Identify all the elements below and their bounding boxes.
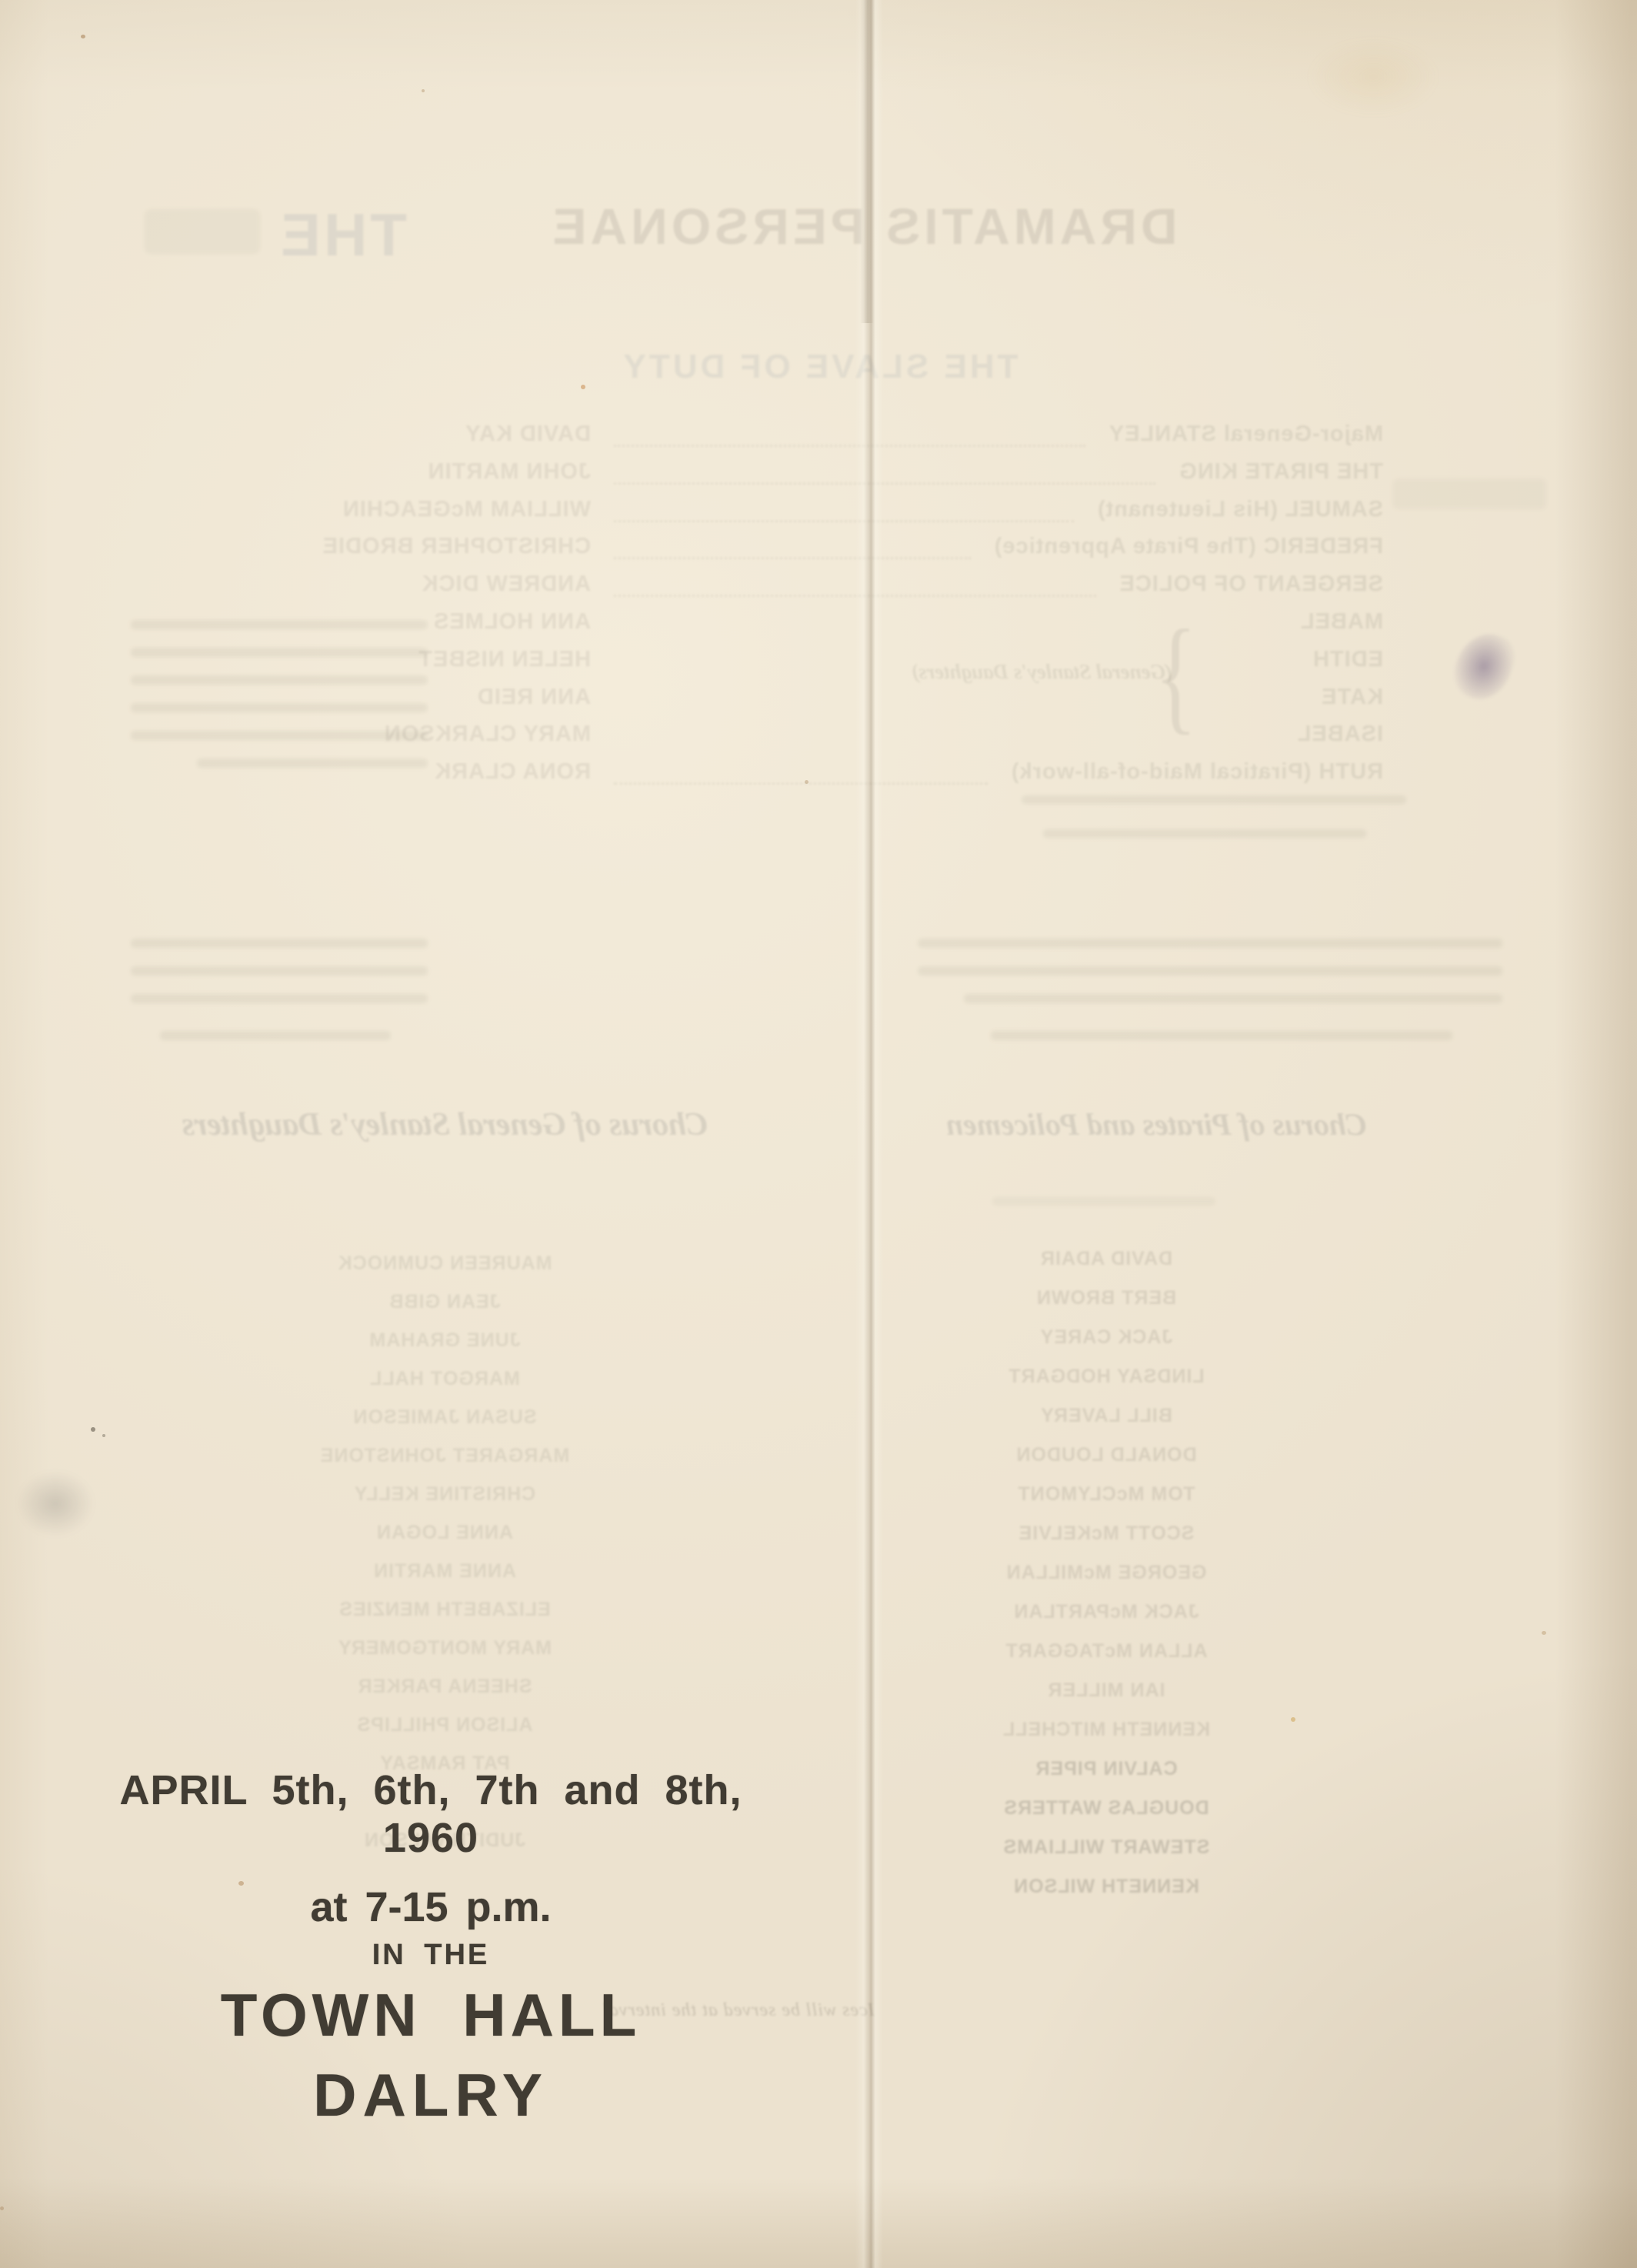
ghost-dot-leader: [614, 459, 1155, 485]
programme-scan-page: DRAMATIS PERSONAE THE THE SLAVE OF DUTY …: [0, 0, 1637, 2268]
ghost-performer-name: ANDREW DICK: [283, 572, 591, 597]
ghost-chorus-name: SHEENA PARKER: [320, 1676, 570, 1714]
ghost-paragraph-line: [131, 939, 428, 948]
ghost-chorus-name: MARGARET JOHNSTONE: [320, 1445, 570, 1483]
speck: [102, 1434, 105, 1437]
ghost-cast-row: KATE ANN REID: [283, 685, 1383, 722]
ghost-scene-note-smudge: [1043, 829, 1366, 838]
ghost-cast-row: MABEL ANN HOLMES: [283, 609, 1383, 647]
ghost-paragraph-line: [918, 939, 1502, 948]
ghost-paragraph-line: [197, 759, 428, 768]
ghost-performer-name: ANN HOLMES: [283, 609, 591, 635]
ghost-chorus-name: ANNE LOGAN: [320, 1522, 570, 1560]
printed-announcement: APRIL 5th, 6th, 7th and 8th, 1960 at 7-1…: [108, 1766, 754, 2130]
ghost-illegible-smudge: [1392, 479, 1546, 509]
ghost-chorus-name: JACK CAREY: [1002, 1326, 1210, 1366]
ghost-chorus-name: STEWART WILLIAMS: [1002, 1836, 1210, 1876]
ghost-title-fragment: THE: [278, 200, 407, 270]
ghost-dot-leader: [614, 534, 971, 559]
ghost-chorus-name: MARGOT HALL: [320, 1368, 570, 1406]
ghost-cast-row: Major-General STANLEY DAVID KAY: [283, 422, 1383, 459]
ghost-paragraph-line: [964, 994, 1502, 1003]
ghost-role-label: SAMUEL (His Lieutenant): [1097, 497, 1383, 522]
ghost-role-label: SERGEANT OF POLICE: [1119, 572, 1383, 597]
venue-town: DALRY: [108, 2060, 754, 2130]
ghost-paragraph-line: [991, 1031, 1452, 1040]
foxing-speck: [0, 2206, 4, 2210]
stain: [1308, 38, 1439, 115]
ghost-cast-row: ISABEL MARY CLARKSON: [283, 722, 1383, 759]
ghost-cast-row: THE PIRATE KING JOHN MARTIN: [283, 459, 1383, 497]
ghost-cast-row: SAMUEL (His Lieutenant) WILLIAM McGEACHI…: [283, 497, 1383, 535]
venue-preposition: IN THE: [108, 1939, 754, 1972]
ghost-paragraph-line: [131, 731, 428, 740]
ghost-chorus-name: ALLAN McTAGGART: [1002, 1640, 1210, 1679]
ghost-chorus-name: ALISON PHILLIPS: [320, 1714, 570, 1753]
ghost-chorus-name: ELIZABETH MENZIES: [320, 1599, 570, 1637]
ghost-principals-list: Major-General STANLEY DAVID KAY THE PIRA…: [283, 422, 1383, 797]
ghost-chorus-name: CALVIN PIPER: [1002, 1758, 1210, 1797]
ghost-chorus-name: BILL LAVERY: [1002, 1405, 1210, 1444]
ghost-chorus-men-heading: Chorus of Pirates and Policemen: [946, 1106, 1367, 1142]
ghost-chorus-name: SCOTT McKELVIE: [1002, 1523, 1210, 1562]
ghost-performer-name: ANN REID: [283, 685, 591, 710]
ghost-chorus-name: DOUGLAS WATTERS: [1002, 1797, 1210, 1836]
ghost-page-subtitle: THE SLAVE OF DUTY: [621, 348, 1019, 386]
pencil-smudge: [17, 1471, 94, 1536]
ghost-chorus-name: DONALD LOUDON: [1002, 1444, 1210, 1483]
ghost-chorus-name: MARY MONTGOMERY: [320, 1637, 570, 1676]
ghost-paragraph-line: [131, 648, 428, 657]
ghost-chorus-name: IAN MILLER: [1002, 1679, 1210, 1719]
ghost-role-label: KATE: [1321, 685, 1383, 710]
ghost-dot-leader: [614, 759, 988, 785]
ghost-cast-row: RUTH (Piratical Maid-of-all-work) RONA C…: [283, 759, 1383, 797]
foxing-speck: [422, 89, 425, 92]
ghost-chorus-name: GEORGE McMILLAN: [1002, 1562, 1210, 1601]
performance-time: at 7-15 p.m.: [108, 1883, 754, 1931]
ghost-chorus-name: LINDSAY HODGART: [1002, 1366, 1210, 1405]
speck: [91, 1427, 95, 1432]
foxing-speck: [1542, 1631, 1546, 1635]
ghost-chorus-men-list: DAVID ADAIRBERT BROWNJACK CAREYLINDSAY H…: [1002, 1248, 1210, 1915]
ghost-role-label: FREDERIC (The Pirate Apprentice): [994, 534, 1383, 559]
ghost-role-label: ISABEL: [1297, 722, 1383, 747]
foxing-speck: [805, 780, 808, 784]
ghost-chorus-name: MAUREEN CUMNOCK: [320, 1252, 570, 1291]
ghost-chorus-name: BERT BROWN: [1002, 1287, 1210, 1326]
ghost-paragraph-line: [131, 703, 428, 712]
ghost-chorus-name: JACK McPARTLAN: [1002, 1601, 1210, 1640]
ghost-illegible-title-smudge: [145, 209, 260, 254]
ghost-performer-name: HELEN NISBET: [283, 647, 591, 672]
ghost-chorus-name: SUSAN JAMIESON: [320, 1406, 570, 1445]
ghost-chorus-name: KENNETH WILSON: [1002, 1876, 1210, 1915]
ghost-role-label: EDITH: [1312, 647, 1383, 672]
fold-crease-top: [860, 0, 874, 323]
ghost-chorus-name: KENNETH MITCHELL: [1002, 1719, 1210, 1758]
ghost-paragraph-line: [160, 1031, 391, 1040]
ghost-cast-row: EDITH HELEN NISBET: [283, 647, 1383, 685]
ghost-scene-note-smudge: [1022, 795, 1406, 804]
ghost-paragraph-line: [131, 994, 428, 1003]
ghost-paragraph-line: [131, 966, 428, 976]
venue-name: TOWN HALL: [108, 1980, 754, 2050]
ghost-chorus-name: ANNE MARTIN: [320, 1560, 570, 1599]
ghost-performer-name: MARY CLARKSON: [283, 722, 591, 747]
ghost-chorus-name: JEAN GIBB: [320, 1291, 570, 1329]
ghost-dot-leader: [614, 497, 1074, 522]
ghost-daughters-brace: }: [1155, 602, 1197, 749]
foxing-speck: [1291, 1717, 1295, 1722]
ghost-daughters-note: (General Stanley's Daughters): [912, 660, 1172, 684]
ghost-chorus-name: CHRISTINE KELLY: [320, 1483, 570, 1522]
ghost-paragraph-line: [131, 675, 428, 685]
fold-crease: [855, 0, 883, 2268]
ghost-chorus-women-heading: Chorus of General Stanley's Daughters: [182, 1106, 708, 1143]
ghost-cast-row: SERGEANT OF POLICE ANDREW DICK: [283, 572, 1383, 609]
foxing-speck: [81, 35, 85, 38]
ghost-subheading-smudge: [992, 1197, 1215, 1206]
ghost-paragraph-line: [918, 966, 1502, 976]
ghost-performer-name: CHRISTOPHER BRODIE: [283, 534, 591, 559]
ghost-performer-name: RONA CLARK: [283, 759, 591, 785]
ghost-role-label: THE PIRATE KING: [1179, 459, 1383, 485]
ink-smudge: [1447, 625, 1521, 707]
foxing-speck: [581, 385, 585, 389]
ghost-dot-leader: [614, 422, 1085, 447]
ghost-role-label: MABEL: [1300, 609, 1383, 635]
ghost-paragraph-line: [131, 620, 428, 629]
ghost-role-label: RUTH (Piratical Maid-of-all-work): [1011, 759, 1383, 785]
ghost-performer-name: DAVID KAY: [283, 422, 591, 447]
ghost-performer-name: JOHN MARTIN: [283, 459, 591, 485]
ghost-role-label: Major-General STANLEY: [1109, 422, 1383, 447]
ghost-chorus-name: DAVID ADAIR: [1002, 1248, 1210, 1287]
ghost-cast-row: FREDERIC (The Pirate Apprentice) CHRISTO…: [283, 534, 1383, 572]
ghost-chorus-name: JUNE GRAHAM: [320, 1329, 570, 1368]
ghost-chorus-name: TOM McCLYMONT: [1002, 1483, 1210, 1523]
performance-dates: APRIL 5th, 6th, 7th and 8th, 1960: [108, 1766, 754, 1862]
ghost-performer-name: WILLIAM McGEACHIN: [283, 497, 591, 522]
